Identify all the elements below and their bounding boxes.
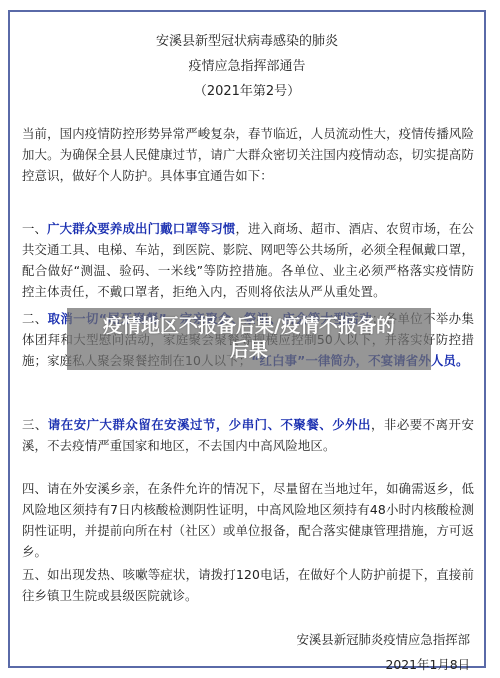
item-5: 五、如出现发热、咳嗽等症状，请拨打120电话，在做好个人防护前提下，直接前往乡镇… [22,564,474,606]
signature-date: 2021年1月8日 [386,655,470,673]
notice-number: （2021年第2号） [10,80,484,99]
item-4-text: 请在外安溪乡亲，在条件允许的情况下，尽量留在当地过年，如确需返乡，低风险地区须持… [22,481,474,559]
item-5-prefix: 五、 [22,567,47,582]
item-2-prefix: 二、 [22,311,48,326]
item-3-prefix: 三、 [22,417,48,432]
item-3: 三、请在安广大群众留在安溪过节，少串门、不聚餐、少外出，非必要不离开安溪，不去疫… [22,414,474,456]
item-3-highlight: 请在安广大群众留在安溪过节，少串门、不聚餐、少外出 [48,417,371,432]
item-1-prefix: 一、 [22,221,47,236]
notice-title-line2: 疫情应急指挥部通告 [10,55,484,74]
item-1: 一、广大群众要养成出门戴口罩等习惯，进入商场、超市、酒店、农贸市场，在公共交通工… [22,218,474,302]
item-4: 四、请在外安溪乡亲，在条件允许的情况下，尽量留在当地过年，如确需返乡，低风险地区… [22,478,474,562]
item-5-text: 如出现发热、咳嗽等症状，请拨打120电话，在做好个人防护前提下，直接前往乡镇卫生… [22,567,474,603]
item-4-prefix: 四、 [22,481,47,496]
notice-title-line1: 安溪县新型冠状病毒感染的肺炎 [10,30,484,49]
signature: 安溪县新冠肺炎疫情应急指挥部 [297,630,470,648]
intro-paragraph: 当前，国内疫情防控形势异常严峻复杂，春节临近，人员流动性大，疫情传播风险加大。为… [22,123,474,186]
overlay-line2: 后果 [67,338,431,362]
overlay-line1: 疫情地区不报备后果/疫情不报备的 [67,314,431,338]
headline-overlay: 疫情地区不报备后果/疫情不报备的 后果 [67,308,431,370]
item-1-highlight: 广大群众要养成出门戴口罩等习惯 [47,221,235,236]
